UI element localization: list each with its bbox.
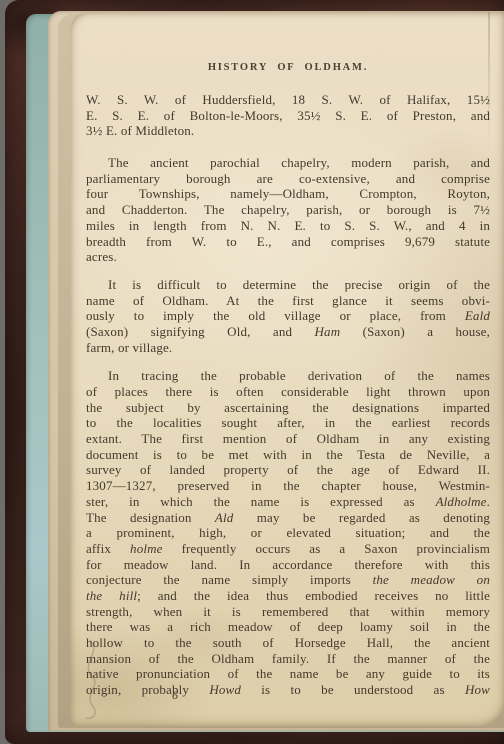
text-line: for meadow land. In accordance therefore… [86,557,490,573]
text-line: origin, probably Howd is to be understoo… [86,682,490,698]
text-line: farm, or village. [86,340,490,356]
text-line: of places there is often considerable li… [86,384,490,400]
text-line: ster, in which the name is expressed as … [86,494,490,510]
text-line: hollow to the south of Horsedge Hall, th… [86,635,490,651]
book-page: HISTORY OF OLDHAM. W. S. W. of Huddersfi… [70,12,504,726]
text-line: It is difficult to determine the precise… [86,277,490,293]
paragraph-4: In tracing the probable derivation of th… [86,368,490,697]
text-line: The ancient parochial chapelry, modern p… [86,155,490,171]
text-line: the hill; and the idea thus embodied rec… [86,588,490,604]
text-line: there was a rich meadow of deep loamy so… [86,619,490,635]
paragraph-3: It is difficult to determine the precise… [86,277,490,355]
text-line: parliamentary borough are co-extensive, … [86,171,490,187]
text-line: document is to be met with in the Testa … [86,447,490,463]
text-line: to the localities sought after, in the e… [86,415,490,431]
text-line: the subject by ascertaining the designat… [86,400,490,416]
text-line: extant. The first mention of Oldham in a… [86,431,490,447]
book-photo: HISTORY OF OLDHAM. W. S. W. of Huddersfi… [0,0,504,744]
paragraph-2: The ancient parochial chapelry, modern p… [86,155,490,265]
text-line: ously to imply the old village or place,… [86,308,490,324]
text-line: mansion of the Oldham family. If the man… [86,651,490,667]
text-line: conjecture the name simply imports the m… [86,572,490,588]
text-line: W. S. W. of Huddersfield, 18 S. W. of Ha… [86,92,490,108]
text-line: strength, when it is remembered that wit… [86,604,490,620]
text-line: name of Oldham. At the first glance it s… [86,293,490,309]
running-head: HISTORY OF OLDHAM. [86,62,490,73]
text-line: four Townships, namely—Oldham, Crompton,… [86,186,490,202]
text-line: acres. [86,249,490,265]
text-line: a prominent, high, or elevated situation… [86,525,490,541]
text-line: affix holme frequently occurs as a Saxon… [86,541,490,557]
text-line: The designation Ald may be regarded as d… [86,510,490,526]
page-number: 6 [172,688,178,703]
text-line: and Chadderton. The chapelry, parish, or… [86,202,490,218]
text-line: breadth from W. to E., and comprises 9,6… [86,234,490,250]
text-line: E. S. E. of Bolton-le-Moors, 35½ S. E. o… [86,108,490,124]
text-line: 1307—1327, preserved in the chapter hous… [86,478,490,494]
text-line: (Saxon) signifying Old, and Ham (Saxon) … [86,324,490,340]
paragraph-1: W. S. W. of Huddersfield, 18 S. W. of Ha… [86,92,490,139]
page-text: W. S. W. of Huddersfield, 18 S. W. of Ha… [86,92,490,698]
text-line: miles in length from N. N. E. to S. S. W… [86,218,490,234]
text-line: survey of landed property of the age of … [86,462,490,478]
text-line: 3½ E. of Middleton. [86,123,490,139]
text-line: native pronunciation of the name be any … [86,666,490,682]
text-line: In tracing the probable derivation of th… [86,368,490,384]
